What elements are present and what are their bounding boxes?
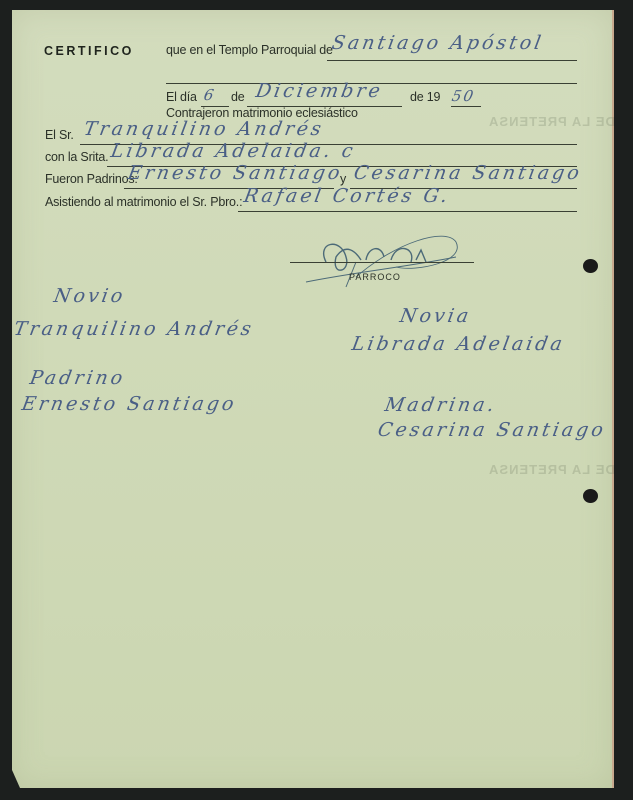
temple-label: que en el Templo Parroquial de xyxy=(166,43,333,57)
year-label: de 19 xyxy=(410,90,440,104)
annotation-godfather-name: Ernesto Santiago xyxy=(20,393,238,415)
punch-hole xyxy=(583,489,598,503)
month-label: de xyxy=(231,90,245,104)
bride-label: con la Srita. xyxy=(45,150,108,164)
godfather-value: Ernesto Santiago xyxy=(126,162,344,184)
groom-label: El Sr. xyxy=(45,128,74,142)
annotation-godmother-heading: Madrina. xyxy=(383,394,499,416)
priest-value: Rafael Cortés G. xyxy=(242,185,452,207)
priest-underline xyxy=(238,211,577,212)
day-label: El día xyxy=(166,90,197,104)
annotation-bride-name: Librada Adelaida xyxy=(350,333,567,355)
certificate-title: CERTIFICO xyxy=(44,44,134,58)
annotation-bride-heading: Novia xyxy=(398,305,473,327)
year-value: 50 xyxy=(450,87,476,105)
signature-title: PARROCO xyxy=(349,272,401,282)
punch-hole xyxy=(583,259,598,273)
month-value: Diciembre xyxy=(254,80,385,102)
bleed-through-text: DE LA PRETENSA xyxy=(488,462,615,477)
torn-corner xyxy=(12,770,20,788)
annotation-groom-heading: Novio xyxy=(52,285,127,307)
bleed-through-text: DE LA PRETENSA xyxy=(488,114,615,129)
annotation-godfather-heading: Padrino xyxy=(28,367,127,389)
groom-value: Tranquilino Andrés xyxy=(82,118,326,140)
godmother-value: Cesarina Santiago xyxy=(352,162,584,184)
annotation-groom-name: Tranquilino Andrés xyxy=(12,318,256,340)
signature-line xyxy=(290,262,474,263)
godparents-label: Fueron Padrinos: xyxy=(45,172,138,186)
annotation-godmother-name: Cesarina Santiago xyxy=(376,419,608,441)
year-underline xyxy=(451,106,481,107)
priest-label: Asistiendo al matrimonio el Sr. Pbro.: xyxy=(45,195,242,209)
godparents-and: y xyxy=(340,172,346,186)
temple-underline xyxy=(327,60,577,61)
temple-value: Santiago Apóstol xyxy=(330,32,545,54)
bride-value: Librada Adelaida. c xyxy=(109,140,358,162)
